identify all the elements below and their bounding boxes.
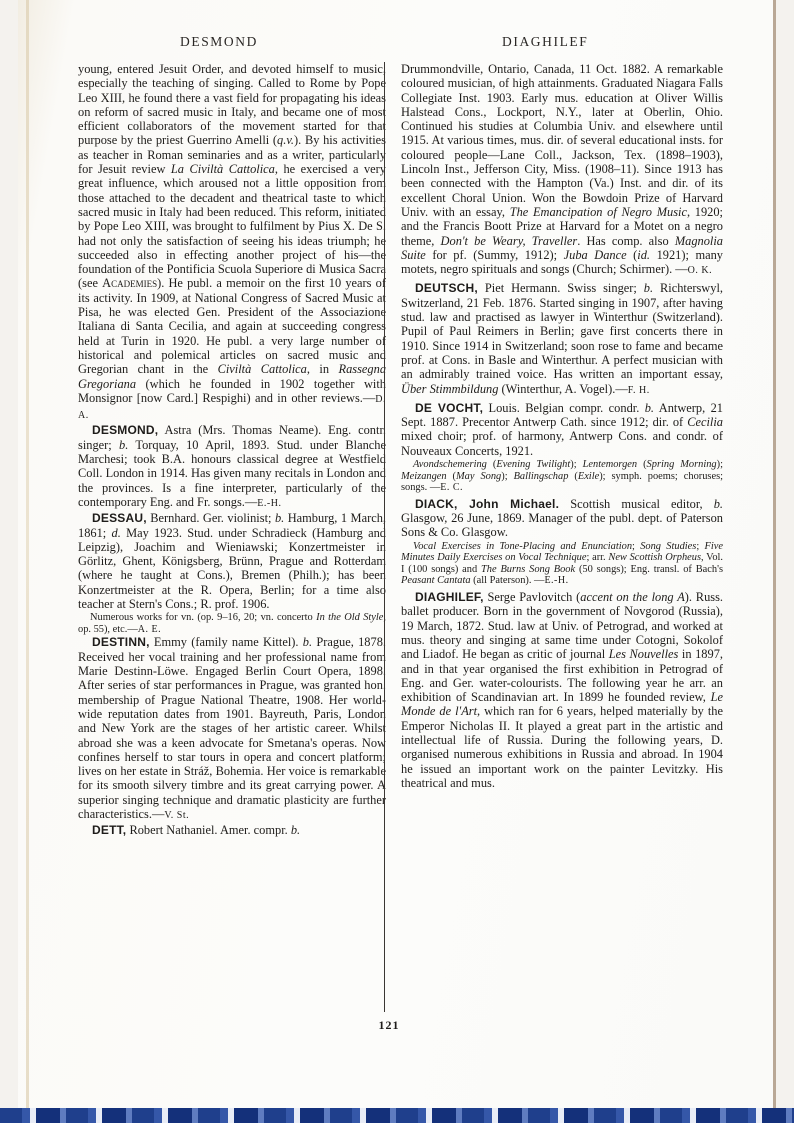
signature: E. C. [440, 482, 463, 493]
left-column: young, entered Jesuit Order, and devoted… [78, 62, 386, 838]
page-number: 121 [374, 1018, 404, 1033]
entry-diaghilef: DIAGHILEF, Serge Pavlovitch (accent on t… [401, 590, 723, 790]
right-column: Drummondville, Ontario, Canada, 11 Oct. … [401, 62, 723, 790]
entry-de-vocht: DE VOCHT, Louis. Belgian compr. condr. b… [401, 401, 723, 458]
running-head-left: DESMOND [180, 34, 258, 50]
signature: E.-H. [544, 575, 568, 586]
works-list-de-vocht: Avondschemering (Evening Twilight); Lent… [401, 459, 723, 494]
entry-deutsch: DEUTSCH, Piet Hermann. Swiss singer; b. … [401, 281, 723, 397]
works-list-diack: Vocal Exercises in Tone-Placing and Enun… [401, 541, 723, 587]
entry-destinn: DESTINN, Emmy (family name Kittel). b. P… [78, 635, 386, 823]
works-list-dessau: Numerous works for vn. (op. 9–16, 20; vn… [78, 612, 386, 635]
page-right-edge [773, 0, 776, 1108]
page-gutter-shadow [26, 0, 29, 1108]
headword: DESSAU, [92, 511, 147, 525]
entry-diack: DIACK, John Michael. Scottish musical ed… [401, 497, 723, 540]
headword: DESMOND, [92, 423, 158, 437]
entry-dessau: DESSAU, Bernhard. Ger. violinist; b. Ham… [78, 511, 386, 611]
entry-desmond-continued: young, entered Jesuit Order, and devoted… [78, 62, 386, 423]
signature: F. H. [628, 385, 650, 396]
entry-desmond-astra: DESMOND, Astra (Mrs. Thomas Neame). Eng.… [78, 423, 386, 511]
headword: DE VOCHT, [415, 401, 483, 415]
column-divider [384, 62, 385, 1012]
entry-dett-continued: Drummondville, Ontario, Canada, 11 Oct. … [401, 62, 723, 278]
headword: DIACK, [415, 497, 458, 511]
running-head-right: DIAGHILEF [502, 34, 588, 50]
headword-forename: John Michael. [458, 497, 560, 511]
signature: O. K. [688, 265, 712, 276]
signature: V. St. [164, 810, 189, 821]
headword: DIAGHILEF, [415, 590, 484, 604]
headword: DESTINN, [92, 635, 150, 649]
signature: A. E. [138, 624, 161, 635]
signature: E.-H. [257, 498, 281, 509]
headword: DEUTSCH, [415, 281, 478, 295]
background-cloth [0, 1108, 794, 1123]
entry-dett-start: DETT, Robert Nathaniel. Amer. compr. b. [78, 823, 386, 837]
headword: DETT, [92, 823, 126, 837]
